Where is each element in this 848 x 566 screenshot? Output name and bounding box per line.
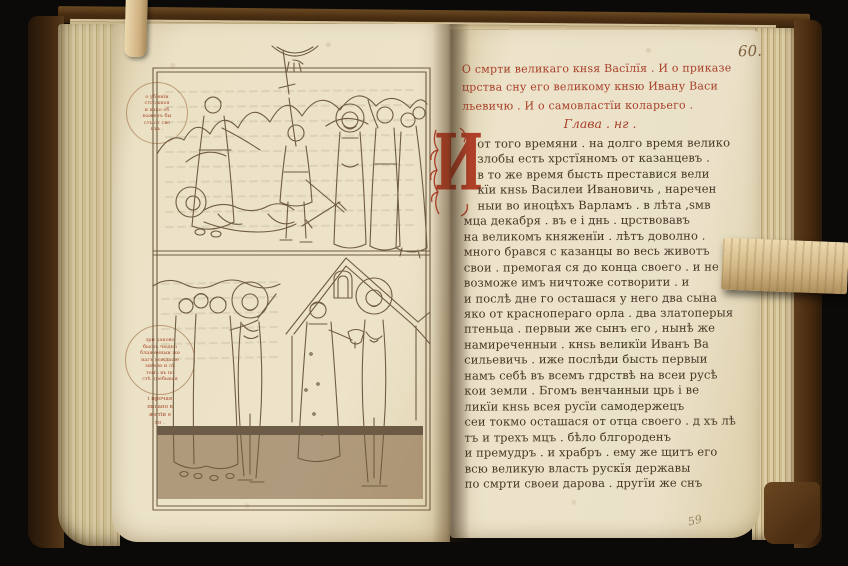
- wooden-bookmark-right: [721, 238, 848, 295]
- figure-pointing: [368, 100, 400, 250]
- rubric-line: црства сну его великому кнѕю Ивану Васи: [462, 78, 754, 98]
- hill-line: [153, 280, 280, 288]
- text-line: тъ и трехъ мцъ . бѣло блгороденъ: [465, 429, 757, 446]
- figures-bystanders-right: [396, 107, 427, 258]
- rubric-heading: О смрти великаго кнѕя Васїлїя . И о прик…: [462, 59, 754, 116]
- text-line: сеи токмо осташася от отца своего . д хъ…: [464, 414, 756, 431]
- text-line: на великомъ княженїи . лѣтъ доволно .: [464, 228, 756, 245]
- text-line: намъ себѣ въ всемъ гдрствѣ на всеи русѣ: [464, 367, 756, 384]
- chapter-heading: Глава . нг .: [510, 116, 690, 131]
- gutter-shadow: [432, 24, 470, 542]
- church-building: [286, 258, 430, 422]
- text-line: намиреченныи . кнѕь великїи Иванъ Ва: [464, 336, 756, 353]
- text-line: от того времяни . на долго время велико: [463, 135, 755, 152]
- wooden-bookmark-top: [124, 0, 148, 57]
- main-text-block: от того времяни . на долго время великоз…: [463, 135, 757, 492]
- chalice-icon: [348, 330, 364, 349]
- quire-signature: 59: [687, 512, 704, 528]
- text-line: сильевичь . иже послѣди бысть первыи: [464, 352, 756, 369]
- text-line: возможе имъ ничтоже сотворити . и: [464, 274, 756, 291]
- page-stack-left-edge: [58, 24, 120, 546]
- text-line: яко от краснопераго орла . два златоперы…: [464, 305, 756, 322]
- miniature-illustration: [146, 34, 438, 526]
- rubric-line: О смрти великаго кнѕя Васїлїя . И о прик…: [462, 59, 754, 79]
- right-page: 60. О смрти великаго кнѕя Васїлїя . И о …: [450, 30, 760, 538]
- text-line: свои . премогая ся до конца своего . и н…: [464, 259, 756, 276]
- text-line: птеньца . первыи же сынъ его , нынѣ же: [464, 321, 756, 338]
- text-line: ликїи кнѕь всея русїи самодержецъ: [464, 398, 756, 415]
- rubric-line: льевичю . И о самовластїи коларьего .: [462, 96, 754, 116]
- text-line: и премудръ . и храбръ . ему же щитъ его: [465, 444, 757, 461]
- folio-number: 60.: [738, 42, 762, 61]
- figure-swordsman-center: [279, 50, 346, 242]
- leather-corner-bottom-right: [764, 482, 820, 544]
- manuscript-photo: о убїенїистго кнѕяи како обнаженъ быстъ …: [0, 0, 848, 566]
- left-page: о убїенїистго кнѕяи како обнаженъ быстъ …: [112, 24, 450, 542]
- text-line: злобы есть хрстїяномъ от казанцевъ .: [463, 151, 755, 168]
- text-line: и послѣ дне го осташася у него два сына: [464, 290, 756, 307]
- text-line: ныи во иноцѣхъ Варламъ . в лѣта ,ѕмв: [463, 197, 755, 214]
- text-line: мца декабря . въ е і днь . црствовавъ: [464, 213, 756, 230]
- text-line: много брався с казанцы во весь животъ: [464, 244, 756, 261]
- text-line: кои земли . Бгомъ венчанныи црь і ве: [464, 383, 756, 400]
- text-line: по смрти своеи дарова . другїи же снъ: [465, 475, 757, 492]
- text-line: всю великую власть рускїя державы: [465, 460, 757, 477]
- text-line: кїи кнѕь Василеи Ивановичь , наречен: [463, 182, 755, 199]
- text-line: в то же время бысть преставися вели: [463, 166, 755, 183]
